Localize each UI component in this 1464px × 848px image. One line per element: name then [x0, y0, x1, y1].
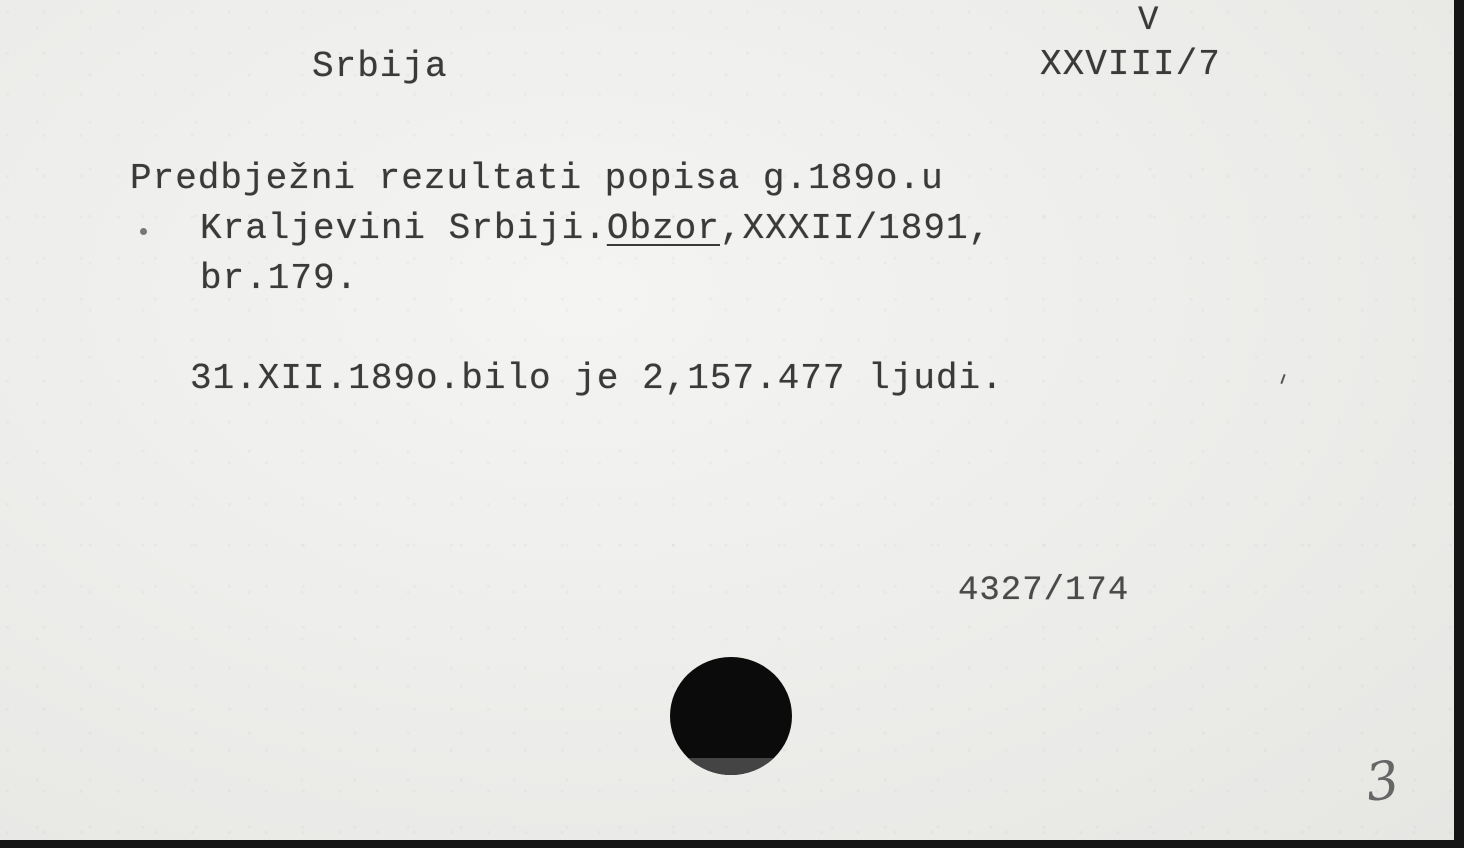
entry-line-1: Predbježni rezultati popisa g.189o.u — [130, 158, 944, 199]
entry-line-2-prefix: Kraljevini Srbiji. — [200, 208, 607, 249]
bullet-dot-icon — [140, 228, 147, 235]
entry-line-3: br.179. — [200, 258, 358, 299]
ink-speck — [1280, 374, 1285, 384]
entry-line-2: Kraljevini Srbiji.Obzor,XXXII/1891, — [200, 208, 991, 249]
scan-border-right — [1454, 0, 1464, 848]
index-card: Srbija V XXVIII/7 Predbježni rezultati p… — [0, 0, 1454, 840]
entry-line-2-suffix: ,XXXII/1891, — [720, 208, 991, 249]
punch-hole — [670, 657, 792, 775]
journal-title: Obzor — [607, 208, 720, 249]
census-fact: 31.XII.189o.bilo je 2,157.477 ljudi. — [190, 358, 1004, 399]
catalog-number: 4327/174 — [958, 572, 1129, 610]
section-mark: V — [1138, 2, 1159, 40]
scan-border-bottom — [0, 840, 1464, 848]
card-heading: Srbija — [312, 46, 448, 87]
call-number: XXVIII/7 — [1040, 44, 1221, 85]
handwritten-mark: 3 — [1362, 750, 1403, 814]
